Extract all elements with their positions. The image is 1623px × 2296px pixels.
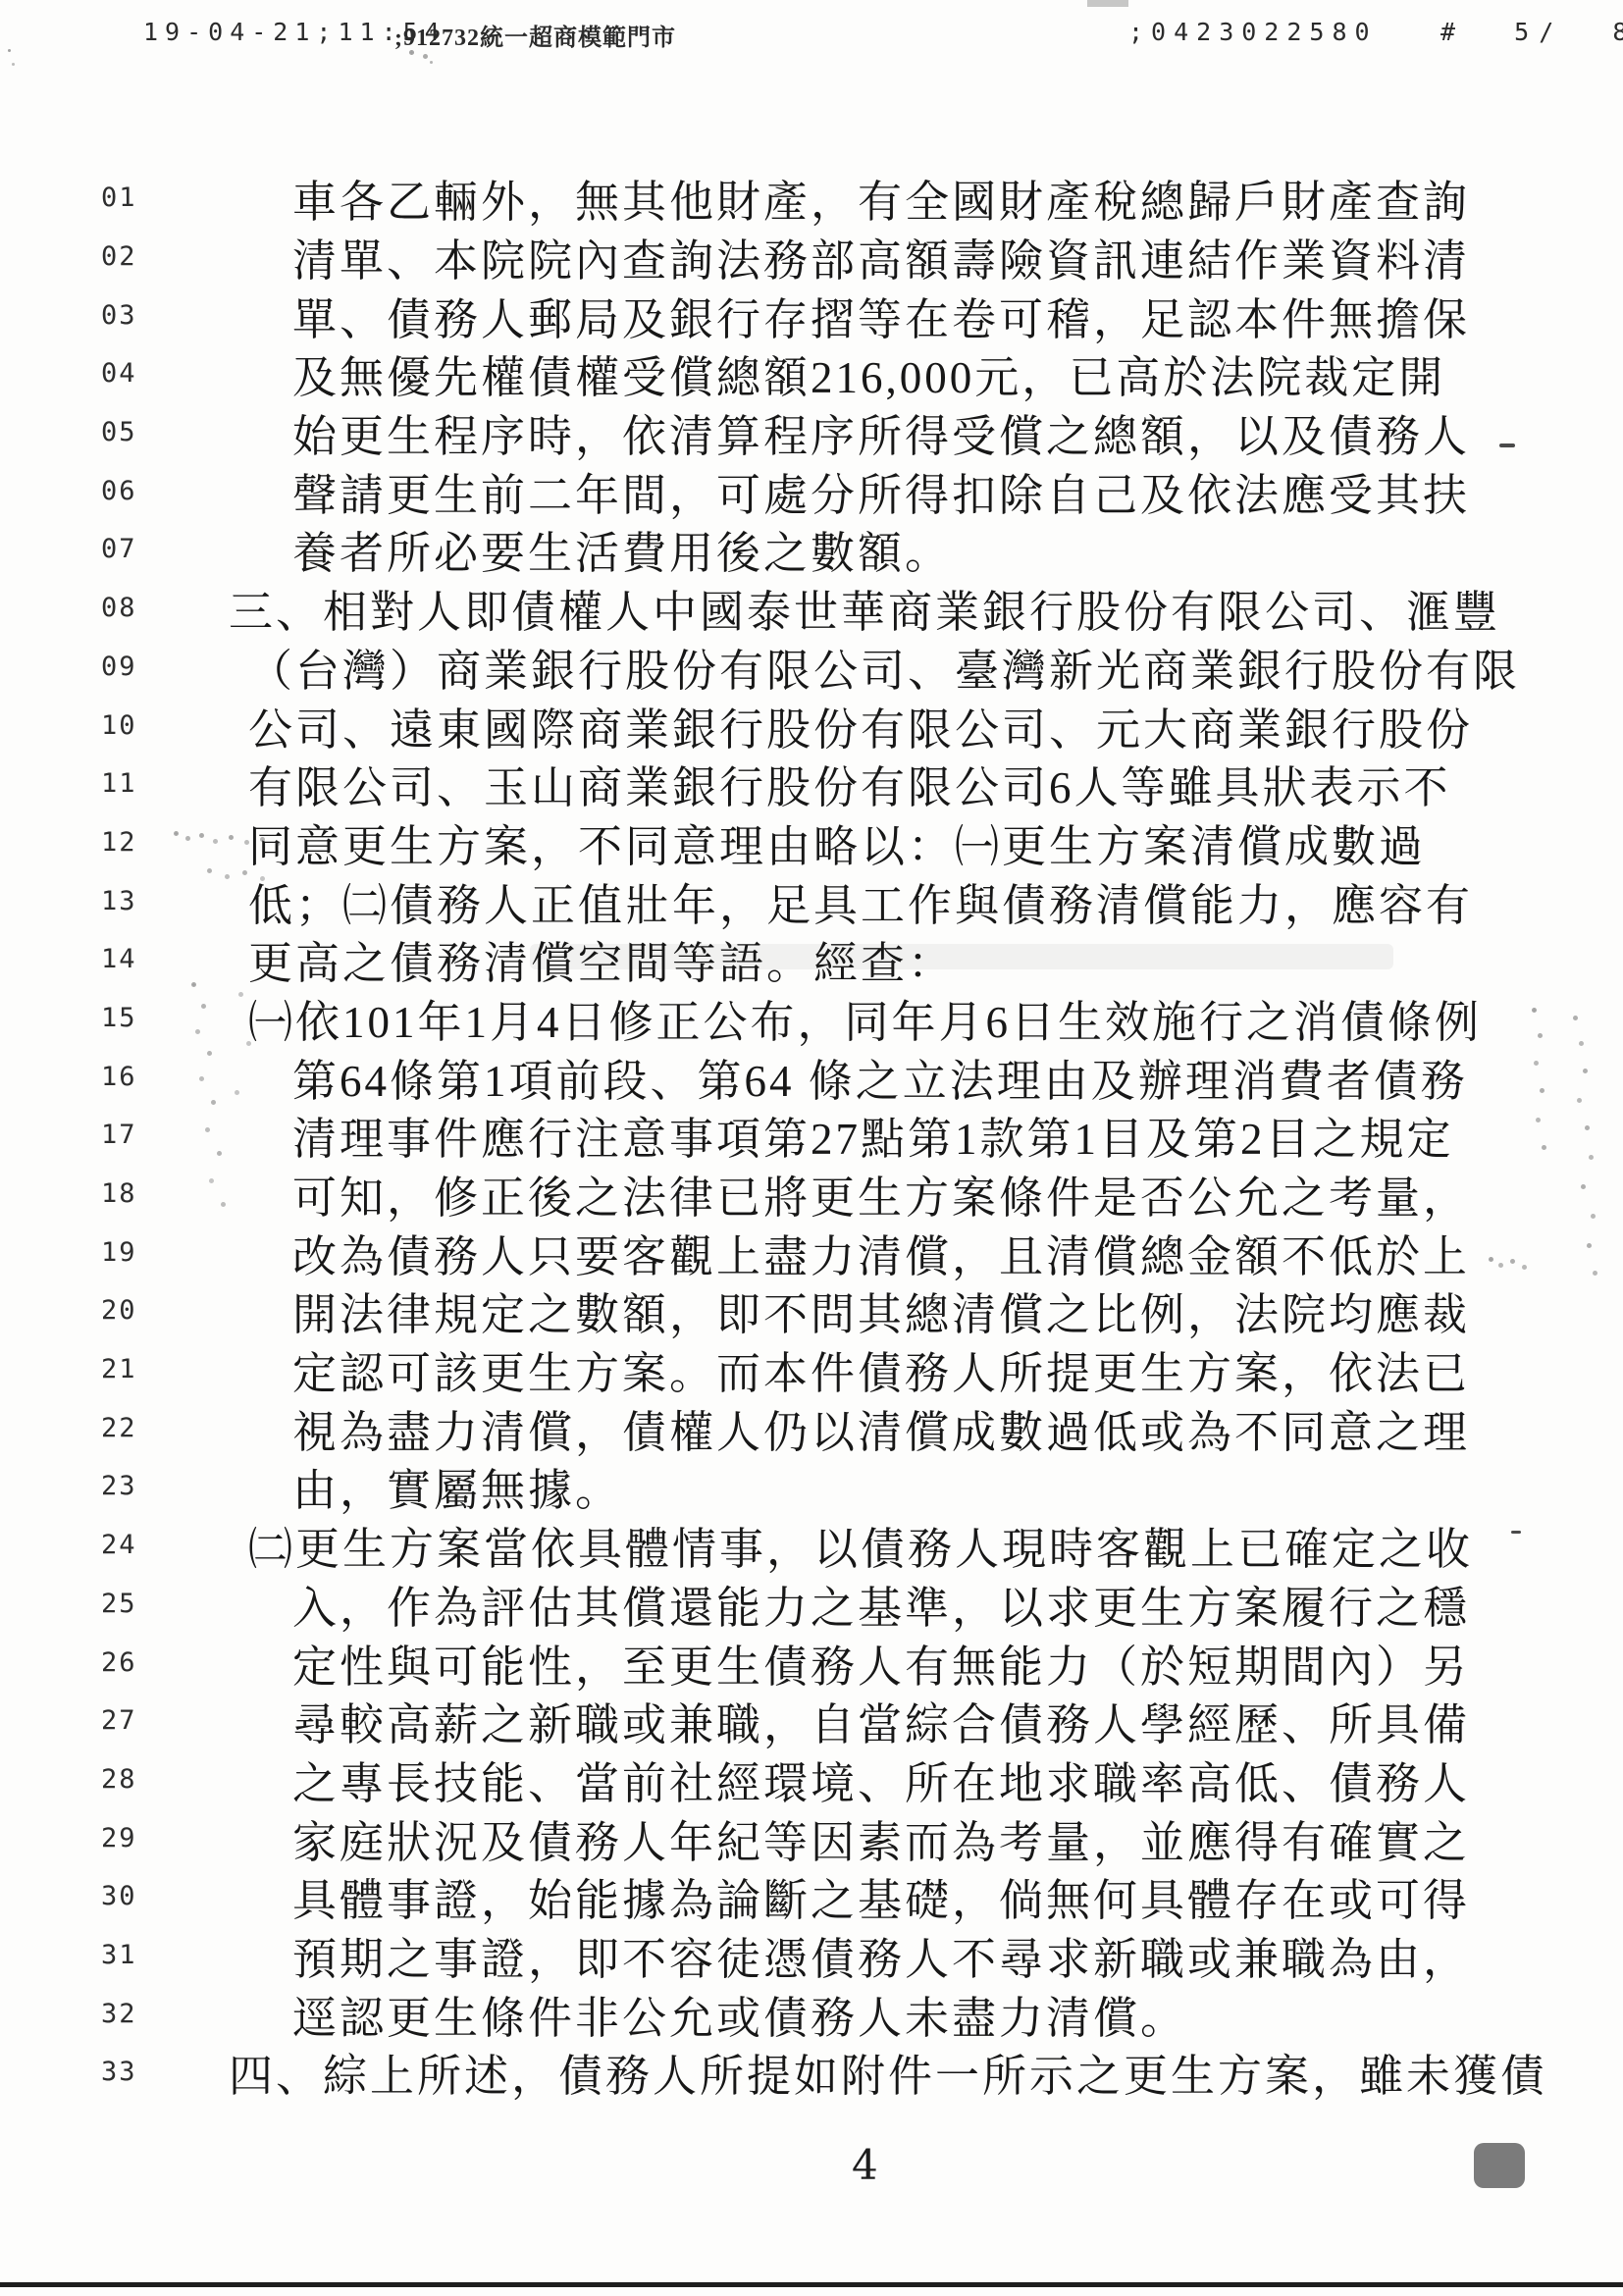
margin-dash	[1499, 444, 1515, 447]
margin-scribble	[1533, 1009, 1536, 1012]
line-text: 單、債務人郵局及銀行存摺等在卷可稽，足認本件無擔保	[292, 284, 1470, 347]
line-text: 公司、遠東國際商業銀行股份有限公司、元大商業銀行股份	[248, 694, 1473, 757]
line-text: 始更生程序時，依清算程序所得受償之總額，以及債務人	[292, 400, 1470, 464]
line-number: 04	[0, 358, 229, 389]
line-number: 23	[0, 1471, 229, 1501]
line-text: 有限公司、玉山商業銀行股份有限公司6人等雖具狀表示不	[248, 752, 1451, 815]
line-text: 尋較高薪之新職或兼職，自當綜合債務人學經歷、所具備	[292, 1689, 1470, 1752]
line-text: 之專長技能、當前社經環境、所在地求職率高低、債務人	[292, 1748, 1470, 1811]
text-line: 15㈠依101年1月4日修正公布，同年月6日生效施行之消債條例	[0, 989, 1623, 1048]
line-number: 20	[0, 1295, 229, 1326]
line-text: 低；㈡債務人正值壯年，足具工作與債務清償能力，應容有	[248, 869, 1473, 933]
scan-smudge	[410, 51, 413, 54]
line-number: 32	[0, 1999, 229, 2029]
text-line: 04及無優先權債權受償總額216,000元，已高於法院裁定開	[0, 344, 1623, 403]
bottom-scan-edge	[0, 2282, 1623, 2287]
line-number: 06	[0, 476, 229, 506]
line-number: 10	[0, 710, 229, 741]
line-number: 17	[0, 1120, 229, 1150]
text-line: 24㈡更生方案當依具體情事，以債務人現時客觀上已確定之收	[0, 1516, 1623, 1575]
text-line: 20開法律規定之數額，即不問其總清償之比例，法院均應裁	[0, 1281, 1623, 1340]
line-text: 車各乙輛外，無其他財產，有全國財產稅總歸戶財產查詢	[292, 166, 1470, 230]
line-number: 27	[0, 1705, 229, 1736]
text-line: 11有限公司、玉山商業銀行股份有限公司6人等雖具狀表示不	[0, 755, 1623, 813]
line-text: 清單、本院院內查詢法務部高額壽險資訊連結作業資料清	[292, 225, 1470, 288]
text-line: 17清理事件應行注意事項第27點第1款第1目及第2目之規定	[0, 1106, 1623, 1165]
text-line: 07養者所必要生活費用後之數額。	[0, 520, 1623, 579]
line-number: 09	[0, 652, 229, 682]
scanned-fax-page: 19-04-21;11:54 ;912732統一超商模範門市 ;04230225…	[0, 0, 1623, 2296]
line-text: 養者所必要生活費用後之數額。	[292, 517, 952, 581]
text-line: 28之專長技能、當前社經環境、所在地求職率高低、債務人	[0, 1750, 1623, 1809]
line-number: 07	[0, 534, 229, 564]
text-line: 23由，實屬無據。	[0, 1457, 1623, 1516]
gray-redaction-badge	[1474, 2143, 1525, 2188]
line-text: 由，實屬無據。	[292, 1454, 622, 1518]
text-line: 30具體事證，始能據為論斷之基礎，倘無何具體存在或可得	[0, 1867, 1623, 1926]
line-text: 三、相對人即債權人中國泰世華商業銀行股份有限公司、滙豐	[229, 576, 1500, 640]
line-text: （台灣）商業銀行股份有限公司、臺灣新光商業銀行股份有限	[248, 635, 1520, 699]
line-number: 16	[0, 1062, 229, 1092]
line-text: 具體事證，始能據為論斷之基礎，倘無何具體存在或可得	[292, 1864, 1470, 1928]
line-number: 29	[0, 1823, 229, 1853]
text-line: 13低；㈡債務人正值壯年，足具工作與債務清償能力，應容有	[0, 871, 1623, 930]
text-line: 25入，作為評估其償還能力之基準，以求更生方案履行之穩	[0, 1575, 1623, 1634]
line-number: 14	[0, 944, 229, 974]
legal-text-body: 01車各乙輛外，無其他財產，有全國財產稅總歸戶財產查詢02清單、本院院內查詢法務…	[0, 169, 1623, 2102]
text-line: 16第64條第1項前段、第64 條之立法理由及辦理消費者債務	[0, 1047, 1623, 1106]
line-text: 家庭狀況及債務人年紀等因素而為考量，並應得有確實之	[292, 1806, 1470, 1870]
line-number: 12	[0, 827, 229, 858]
text-line: 01車各乙輛外，無其他財產，有全國財產稅總歸戶財產查詢	[0, 169, 1623, 228]
line-number: 08	[0, 593, 229, 623]
text-line: 32逕認更生條件非公允或債務人未盡力清償。	[0, 1984, 1623, 2043]
text-line: 27尋較高薪之新職或兼職，自當綜合債務人學經歷、所具備	[0, 1692, 1623, 1750]
line-number: 19	[0, 1237, 229, 1268]
text-line: 06聲請更生前二年間，可處分所得扣除自己及依法應受其扶	[0, 461, 1623, 520]
line-number: 31	[0, 1940, 229, 1970]
line-number: 13	[0, 886, 229, 916]
text-line: 29家庭狀況及債務人年紀等因素而為考量，並應得有確實之	[0, 1808, 1623, 1867]
line-number: 22	[0, 1413, 229, 1443]
line-text: 視為盡力清償，債權人仍以清償成數過低或為不同意之理	[292, 1396, 1470, 1460]
text-line: 12同意更生方案，不同意理由略以：㈠更生方案清償成數過	[0, 813, 1623, 872]
line-number: 18	[0, 1178, 229, 1209]
fax-page-indicator: # 5/ 8	[1440, 18, 1623, 46]
text-line: 10公司、遠東國際商業銀行股份有限公司、元大商業銀行股份	[0, 696, 1623, 755]
line-number: 24	[0, 1530, 229, 1560]
text-line: 21定認可該更生方案。而本件債務人所提更生方案，依法已	[0, 1340, 1623, 1399]
text-line: 08三、相對人即債權人中國泰世華商業銀行股份有限公司、滙豐	[0, 579, 1623, 638]
line-text: 及無優先權債權受償總額216,000元，已高於法院裁定開	[292, 341, 1445, 405]
line-number: 30	[0, 1881, 229, 1911]
text-line: 31預期之事證，即不容徒憑債務人不尋求新職或兼職為由，	[0, 1926, 1623, 1985]
fax-header: 19-04-21;11:54 ;912732統一超商模範門市 ;04230225…	[0, 14, 1623, 61]
text-line: 33四、綜上所述，債務人所提如附件一所示之更生方案，雖未獲債	[0, 2043, 1623, 2102]
line-number: 01	[0, 183, 229, 213]
text-line: 26定性與可能性，至更生債務人有無能力（於短期間內）另	[0, 1633, 1623, 1692]
line-number: 15	[0, 1003, 229, 1033]
line-text: 改為債務人只要客觀上盡力清償，且清償總金額不低於上	[292, 1221, 1470, 1284]
text-line: 02清單、本院院內查詢法務部高額壽險資訊連結作業資料清	[0, 228, 1623, 287]
scan-streak	[1087, 0, 1128, 7]
line-text: 定認可該更生方案。而本件債務人所提更生方案，依法已	[292, 1337, 1470, 1401]
line-number: 21	[0, 1354, 229, 1384]
scan-smudge	[175, 832, 178, 835]
line-text: 開法律規定之數額，即不問其總清償之比例，法院均應裁	[292, 1278, 1470, 1342]
text-line: 03單、債務人郵局及銀行存摺等在卷可稽，足認本件無擔保	[0, 286, 1623, 344]
line-number: 03	[0, 300, 229, 331]
text-line: 09（台灣）商業銀行股份有限公司、臺灣新光商業銀行股份有限	[0, 638, 1623, 697]
scan-smudge	[8, 49, 11, 52]
line-text: ㈡更生方案當依具體情事，以債務人現時客觀上已確定之收	[248, 1513, 1473, 1577]
line-text: 四、綜上所述，債務人所提如附件一所示之更生方案，雖未獲債	[229, 2040, 1547, 2104]
page-number: 4	[852, 2141, 878, 2189]
line-text: 預期之事證，即不容徒憑債務人不尋求新職或兼職為由，	[292, 1923, 1470, 1987]
scan-smudge	[192, 983, 195, 986]
line-text: 入，作為評估其償還能力之基準，以求更生方案履行之穩	[292, 1572, 1470, 1636]
text-line: 22視為盡力清償，債權人仍以清償成數過低或為不同意之理	[0, 1398, 1623, 1457]
text-line: 19改為債務人只要客觀上盡力清償，且清償總金額不低於上	[0, 1223, 1623, 1281]
line-number: 33	[0, 2057, 229, 2087]
line-number: 11	[0, 768, 229, 799]
line-number: 26	[0, 1647, 229, 1678]
line-number: 28	[0, 1764, 229, 1795]
line-text: 聲請更生前二年間，可處分所得扣除自己及依法應受其扶	[292, 459, 1470, 523]
margin-scribble	[1490, 1258, 1492, 1261]
line-text: 可知，修正後之法律已將更生方案條件是否公允之考量，	[292, 1162, 1470, 1226]
line-text: 清理事件應行注意事項第27點第1款第1目及第2目之規定	[292, 1103, 1454, 1167]
text-line: 18可知，修正後之法律已將更生方案條件是否公允之考量，	[0, 1165, 1623, 1224]
line-number: 25	[0, 1589, 229, 1619]
line-text: 定性與可能性，至更生債務人有無能力（於短期間內）另	[292, 1631, 1470, 1695]
scan-smear	[530, 944, 1393, 969]
line-text: 第64條第1項前段、第64 條之立法理由及辦理消費者債務	[292, 1045, 1468, 1109]
line-text: ㈠依101年1月4日修正公布，同年月6日生效施行之消債條例	[248, 986, 1482, 1050]
fax-sender-station: ;912732統一超商模範門市	[394, 18, 676, 52]
line-number: 05	[0, 417, 229, 447]
line-number: 02	[0, 241, 229, 272]
text-line: 05始更生程序時，依清算程序所得受償之總額，以及債務人	[0, 403, 1623, 462]
margin-dash	[1511, 1531, 1521, 1534]
fax-number: ;0423022580	[1128, 18, 1378, 46]
line-text: 逕認更生條件非公允或債務人未盡力清償。	[292, 1982, 1187, 2046]
line-text: 同意更生方案，不同意理由略以：㈠更生方案清償成數過	[248, 810, 1426, 874]
